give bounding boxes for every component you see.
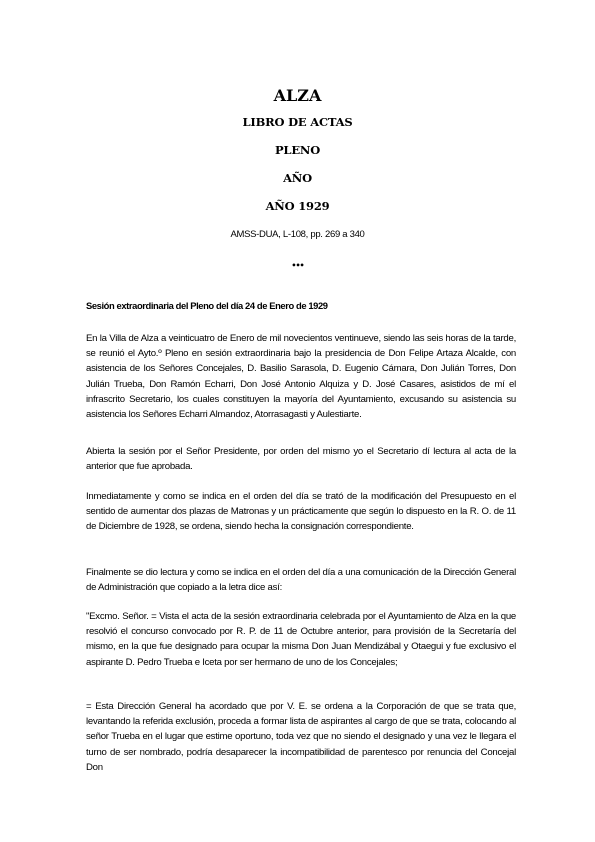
section-separator: ••• (0, 261, 595, 270)
section-heading: Sesión extraordinaria del Pleno del día … (86, 300, 516, 311)
subtitle-pleno: PLENO (0, 143, 595, 157)
subtitle-ano-1929: AÑO 1929 (0, 199, 595, 213)
paragraph-quote-2: = Esta Dirección General ha acordado que… (86, 699, 516, 775)
subtitle-ano: AÑO (0, 171, 595, 185)
paragraph-budget: Inmediatamente y como se indica en el or… (86, 489, 516, 535)
paragraph-attendance: En la Villa de Alza a veinticuatro de En… (86, 331, 516, 422)
paragraph-communication-intro: Finalmente se dio lectura y como se indi… (86, 565, 516, 595)
subtitle-libro-de-actas: LIBRO DE ACTAS (0, 115, 595, 129)
paragraph-quote-1: "Excmo. Señor. = Vista el acta de la ses… (86, 609, 516, 670)
archive-reference: AMSS-DUA, L-108, pp. 269 a 340 (0, 229, 595, 240)
document-title: ALZA (0, 86, 595, 105)
paragraph-opening: Abierta la sesión por el Señor President… (86, 444, 516, 474)
document-page: ALZA LIBRO DE ACTAS PLENO AÑO AÑO 1929 A… (0, 0, 595, 842)
